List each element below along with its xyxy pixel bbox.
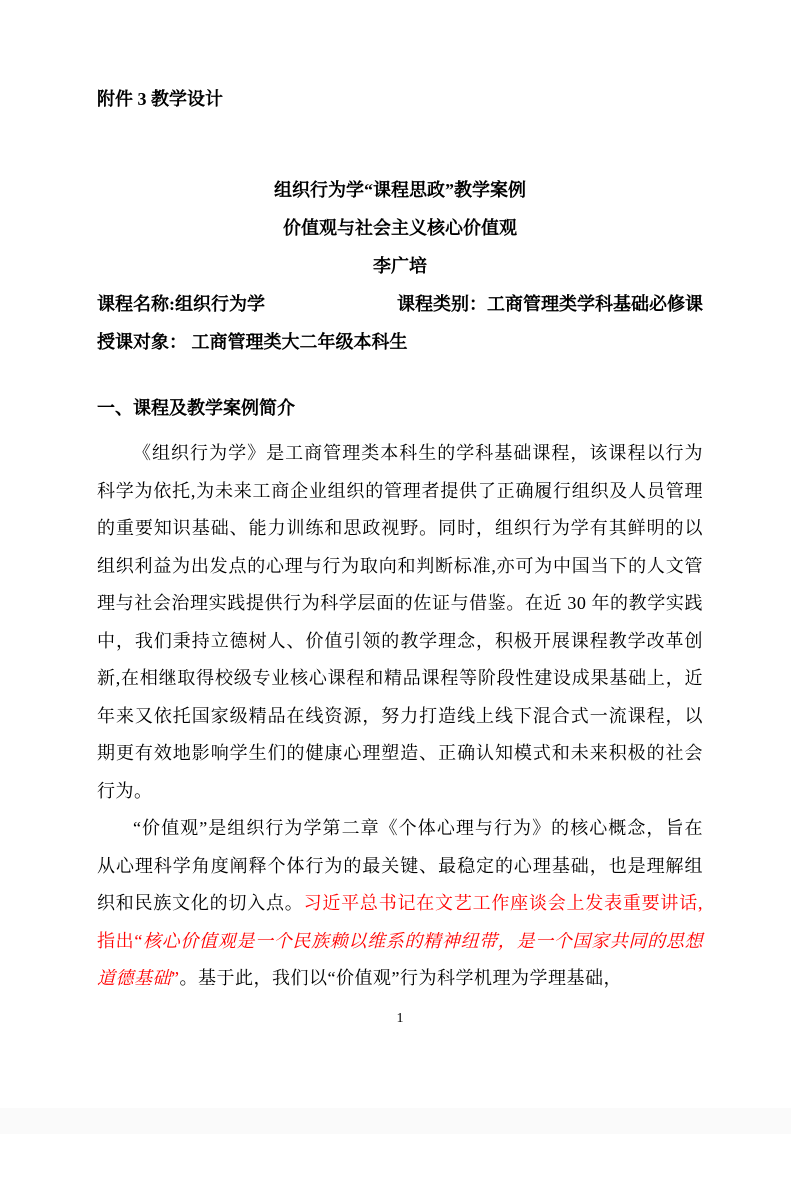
attachment-label: 附件 3 教学设计: [97, 80, 703, 118]
paragraph-2-segment-normal-2: 。基于此，我们以“价值观”行为科学机理为学理基础，: [180, 968, 622, 988]
author-name: 李广培: [97, 247, 703, 285]
blank-space: [97, 361, 703, 389]
paragraph-1: 《组织行为学》是工商管理类本科生的学科基础课程，该课程以行为科学为依托,为未来工…: [97, 435, 703, 810]
paragraph-2: “价值观”是组织行为学第二章《个体心理与行为》的核心概念，旨在从心理科学角度阐释…: [97, 810, 703, 998]
section-heading-1: 一、课程及教学案例简介: [97, 389, 703, 427]
page-number: 1: [97, 1010, 703, 1028]
doc-title: 组织行为学“课程思政”教学案例: [97, 171, 703, 209]
blank-space: [97, 118, 703, 171]
course-name-label: 课程名称:组织行为学: [97, 285, 265, 323]
course-category-label: 课程类别：工商管理类学科基础必修课: [397, 285, 703, 323]
page-break-gap: [0, 1108, 791, 1134]
paragraph-2-segment-red-close-quote: ”: [171, 968, 180, 988]
course-audience-label: 授课对象： 工商管理类大二年级本科生: [97, 323, 703, 361]
page-content: 附件 3 教学设计 组织行为学“课程思政”教学案例 价值观与社会主义核心价值观 …: [0, 0, 791, 1028]
course-meta-row: 课程名称:组织行为学 课程类别：工商管理类学科基础必修课: [97, 285, 703, 323]
document-page: 附件 3 教学设计 组织行为学“课程思政”教学案例 价值观与社会主义核心价值观 …: [0, 0, 791, 1202]
doc-subtitle: 价值观与社会主义核心价值观: [97, 209, 703, 247]
